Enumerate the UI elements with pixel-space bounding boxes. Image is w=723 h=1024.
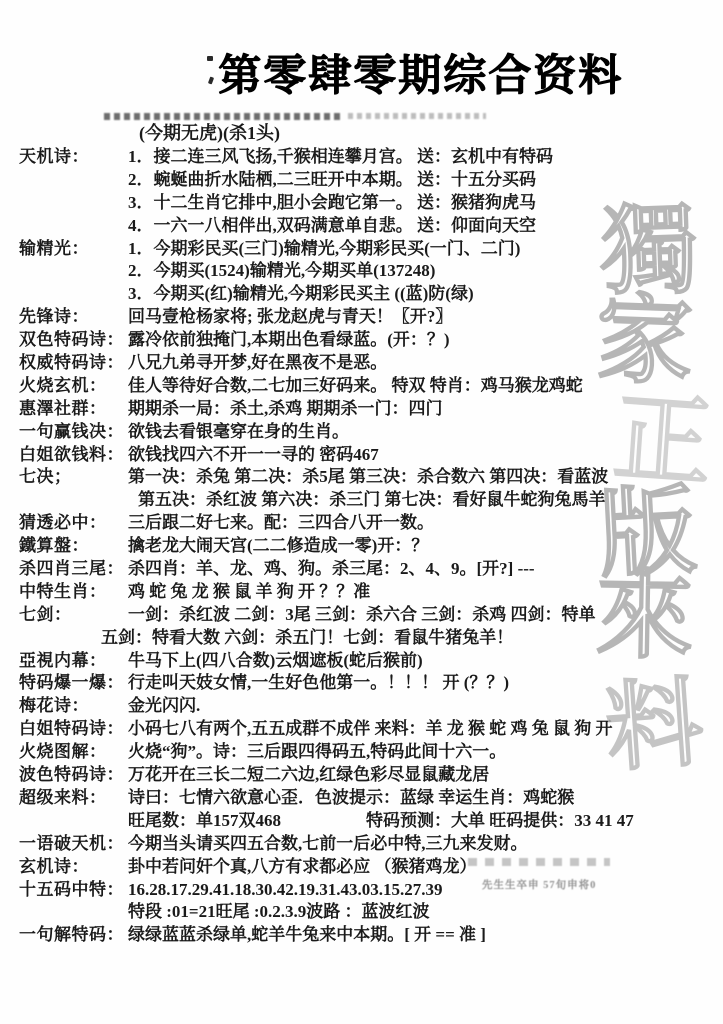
faint-small-text: 先生生卒申 57旬申将0 xyxy=(482,877,596,892)
row-label: 十五码中特： xyxy=(0,879,128,902)
row-text: 2．蜿蜒曲折水陆栖,二三旺开中本期。 送：十五分买码 xyxy=(128,169,536,192)
table-row: 五剑：特看大数 六剑：杀五门！七剑：看鼠牛猪兔羊！ xyxy=(0,627,723,650)
row-label xyxy=(0,215,128,238)
row-text: 五剑：特看大数 六剑：杀五门！七剑：看鼠牛猪兔羊！ xyxy=(101,627,513,650)
table-row: 输精光：1．今期彩民买(三门)输精光,今期彩民买(一门、二门) xyxy=(0,238,723,261)
row-label: 天机诗： xyxy=(0,146,128,169)
row-text: 欲钱去看银毫穿在身的生肖。 xyxy=(128,421,349,444)
table-row: 3．十二生肖它排中,胆小会跑它第一。 送：猴猪狗虎马 xyxy=(0,192,723,215)
faint-smudge-marks xyxy=(468,858,610,866)
row-label: 玄机诗： xyxy=(0,856,128,879)
row-text: 特段 :01=21旺尾 :0.2.3.9波路 ：蓝波红波 xyxy=(128,901,430,924)
row-label: 特码爆一爆： xyxy=(0,672,128,695)
row-label: 双色特码诗： xyxy=(0,329,128,352)
table-row: 白姐特码诗：小码七八有两个,五五成群不成伴 来料：羊 龙 猴 蛇 鸡 兔 鼠 狗… xyxy=(0,718,723,741)
row-text: 16.28.17.29.41.18.30.42.19.31.43.03.15.2… xyxy=(128,879,443,902)
row-text: 3．十二生肖它排中,胆小会跑它第一。 送：猴猪狗虎马 xyxy=(128,192,536,215)
table-row: 猜透必中：三后跟二好七来。配：三四合八开一数。 xyxy=(0,512,723,535)
page-title: 第零肆零期综合资料 xyxy=(218,42,623,103)
row-text: 绿绿蓝蓝杀绿单,蛇羊牛兔来中本期。[ 开 == 准 ] xyxy=(128,924,486,947)
row-text: 卦中若问奸个真,八方有求都必应 （猴猪鸡龙） xyxy=(128,856,477,879)
row-label: 一句解特码： xyxy=(0,924,128,947)
row-text: 杀四肖：羊、龙、鸡、狗。杀三尾：2、4、9。[开?] --- xyxy=(128,558,535,581)
table-row: 权威特码诗：八兄九弟寻开梦,好在黑夜不是恶。 xyxy=(0,352,723,375)
table-row: 特段 :01=21旺尾 :0.2.3.9波路 ：蓝波红波 xyxy=(0,901,723,924)
row-text: 八兄九弟寻开梦,好在黑夜不是恶。 xyxy=(128,352,387,375)
table-row: 中特生肖：鸡 蛇 兔 龙 猴 鼠 羊 狗 开 ？？准 xyxy=(0,581,723,604)
row-label: 杀四肖三尾： xyxy=(0,558,128,581)
row-label: 中特生肖： xyxy=(0,581,128,604)
row-label: 一语破天机： xyxy=(0,833,128,856)
table-row: 火烧图解：火烧“狗”。诗：三后跟四得码五,特码此间十六一。 xyxy=(0,741,723,764)
row-label: 猜透必中： xyxy=(0,512,128,535)
row-label: 惠澤社群： xyxy=(0,398,128,421)
row-text: 火烧“狗”。诗：三后跟四得码五,特码此间十六一。 xyxy=(128,741,506,764)
row-label: 一句赢钱决： xyxy=(0,421,128,444)
table-row: 2．蜿蜒曲折水陆栖,二三旺开中本期。 送：十五分买码 xyxy=(0,169,723,192)
row-text: 一剑：杀红波 二剑：3尾 三剑：杀六合 三剑：杀鸡 四剑：特单 xyxy=(128,604,596,627)
subtitle: (今期无虎)(杀1头) xyxy=(139,119,280,145)
title-fragment-marks xyxy=(208,77,214,85)
row-label: 火烧图解： xyxy=(0,741,128,764)
row-text: 露冷依前独掩门,本期出色看绿蓝。(开：？) xyxy=(128,329,450,352)
table-row: 梅花诗：金光闪闪. xyxy=(0,695,723,718)
table-row: 3．今期买(红)输精光,今期彩民买主 ((蓝)防(绿) xyxy=(0,283,723,306)
row-text: 擒老龙大闹天宫(二二修造成一零)开：？ xyxy=(128,535,428,558)
row-text: 第五决：杀红波 第六决：杀三门 第七决：看好鼠牛蛇狗兔馬羊 xyxy=(138,489,606,512)
table-row: 双色特码诗：露冷依前独掩门,本期出色看绿蓝。(开：？) xyxy=(0,329,723,352)
row-label: 白姐欲钱料： xyxy=(0,444,128,467)
row-label xyxy=(0,192,128,215)
title-fragment-marks xyxy=(207,56,213,61)
row-label xyxy=(0,489,128,512)
row-label xyxy=(0,901,128,924)
row-text: 佳人等待好合数,二七加三好码来。 特双 特肖：鸡马猴龙鸡蛇 xyxy=(128,375,583,398)
row-text: 牛马下上(四八合数)云烟遮板(蛇后猴前) xyxy=(128,650,423,673)
row-text: 三后跟二好七来。配：三四合八开一数。 xyxy=(128,512,434,535)
table-row: 2．今期买(1524)输精光,今期买单(137248) xyxy=(0,260,723,283)
row-label: 亞視内幕： xyxy=(0,650,128,673)
row-text: 1．今期彩民买(三门)输精光,今期彩民买(一门、二门) xyxy=(128,238,520,261)
row-label xyxy=(0,169,128,192)
row-label: 白姐特码诗： xyxy=(0,718,128,741)
table-row: 鐵算盤：擒老龙大闹天宫(二二修造成一零)开：？ xyxy=(0,535,723,558)
row-label xyxy=(0,810,128,833)
row-label: 超级来料： xyxy=(0,787,128,810)
row-label: 七决； xyxy=(0,466,128,489)
table-row: 玄机诗：卦中若问奸个真,八方有求都必应 （猴猪鸡龙） xyxy=(0,856,723,879)
row-text: 旺尾数：单157双468 特码预测：大单 旺码提供：33 41 47 xyxy=(128,810,634,833)
row-label: 梅花诗： xyxy=(0,695,128,718)
table-row: 火烧玄机：佳人等待好合数,二七加三好码来。 特双 特肖：鸡马猴龙鸡蛇 xyxy=(0,375,723,398)
content-rows: 天机诗：1．接二连三风飞扬,千猴相连攀月宫。 送：玄机中有特码2．蜿蜒曲折水陆栖… xyxy=(0,146,723,947)
table-row: 4．一六一八相伴出,双码满意单自悲。 送：仰面向天空 xyxy=(0,215,723,238)
table-row: 先锋诗：回马壹枪杨家将; 张龙赵虎与青天！〖开?〗 xyxy=(0,306,723,329)
table-row: 特码爆一爆：行走叫天妓女情,一生好色他第一。！！！ 开 (？？) xyxy=(0,672,723,695)
row-label: 鐵算盤： xyxy=(0,535,128,558)
table-row: 第五决：杀红波 第六决：杀三门 第七决：看好鼠牛蛇狗兔馬羊 xyxy=(0,489,723,512)
row-text: 今期当头请买四五合数,七前一后必中特,三九来发财。 xyxy=(128,833,528,856)
table-row: 七剑：一剑：杀红波 二剑：3尾 三剑：杀六合 三剑：杀鸡 四剑：特单 xyxy=(0,604,723,627)
row-label: 七剑： xyxy=(0,604,128,627)
row-label: 输精光： xyxy=(0,238,128,261)
table-row: 超级来料：诗曰：七情六欲意心歪．色波提示：蓝绿 幸运生肖：鸡蛇猴 xyxy=(0,787,723,810)
row-text: 欲钱找四六不开一一寻的 密码467 xyxy=(128,444,379,467)
row-text: 鸡 蛇 兔 龙 猴 鼠 羊 狗 开 ？？准 xyxy=(128,581,370,604)
document-page: 第零肆零期综合资料 (今期无虎)(杀1头) 天机诗：1．接二连三风飞扬,千猴相连… xyxy=(0,0,723,1024)
row-text: 3．今期买(红)输精光,今期彩民买主 ((蓝)防(绿) xyxy=(128,283,474,306)
table-row: 白姐欲钱料：欲钱找四六不开一一寻的 密码467 xyxy=(0,444,723,467)
table-row: 波色特码诗：万花开在三长二短二六边,红绿色彩尽显鼠藏龙居 xyxy=(0,764,723,787)
row-text: 小码七八有两个,五五成群不成伴 来料：羊 龙 猴 蛇 鸡 兔 鼠 狗 开 xyxy=(128,718,613,741)
row-label xyxy=(0,260,128,283)
table-row: 十五码中特：16.28.17.29.41.18.30.42.19.31.43.0… xyxy=(0,879,723,902)
row-text: 行走叫天妓女情,一生好色他第一。！！！ 开 (？？) xyxy=(128,672,509,695)
row-text: 4．一六一八相伴出,双码满意单自悲。 送：仰面向天空 xyxy=(128,215,536,238)
table-row: 亞視内幕：牛马下上(四八合数)云烟遮板(蛇后猴前) xyxy=(0,650,723,673)
row-label: 波色特码诗： xyxy=(0,764,128,787)
table-row: 七决；第一决：杀兔 第二决：杀5尾 第三决：杀合数六 第四决：看蓝波 xyxy=(0,466,723,489)
row-label: 先锋诗： xyxy=(0,306,128,329)
table-row: 杀四肖三尾：杀四肖：羊、龙、鸡、狗。杀三尾：2、4、9。[开?] --- xyxy=(0,558,723,581)
row-label: 火烧玄机： xyxy=(0,375,128,398)
row-text: 2．今期买(1524)输精光,今期买单(137248) xyxy=(128,260,435,283)
table-row: 一句赢钱决：欲钱去看银毫穿在身的生肖。 xyxy=(0,421,723,444)
row-text: 万花开在三长二短二六边,红绿色彩尽显鼠藏龙居 xyxy=(128,764,489,787)
table-row: 惠澤社群：期期杀一局：杀土,杀鸡 期期杀一门：四门 xyxy=(0,398,723,421)
smudge-light-segment xyxy=(348,113,486,119)
row-text: 期期杀一局：杀土,杀鸡 期期杀一门：四门 xyxy=(128,398,443,421)
row-text: 1．接二连三风飞扬,千猴相连攀月宫。 送：玄机中有特码 xyxy=(128,146,553,169)
table-row: 一句解特码：绿绿蓝蓝杀绿单,蛇羊牛兔来中本期。[ 开 == 准 ] xyxy=(0,924,723,947)
row-text: 诗曰：七情六欲意心歪．色波提示：蓝绿 幸运生肖：鸡蛇猴 xyxy=(128,787,574,810)
row-text: 金光闪闪. xyxy=(128,695,200,718)
table-row: 旺尾数：单157双468 特码预测：大单 旺码提供：33 41 47 xyxy=(0,810,723,833)
row-label: 权威特码诗： xyxy=(0,352,128,375)
row-label xyxy=(0,283,128,306)
row-text: 回马壹枪杨家将; 张龙赵虎与青天！〖开?〗 xyxy=(128,306,452,329)
table-row: 一语破天机：今期当头请买四五合数,七前一后必中特,三九来发财。 xyxy=(0,833,723,856)
table-row: 天机诗：1．接二连三风飞扬,千猴相连攀月宫。 送：玄机中有特码 xyxy=(0,146,723,169)
row-text: 第一决：杀兔 第二决：杀5尾 第三决：杀合数六 第四决：看蓝波 xyxy=(128,466,608,489)
